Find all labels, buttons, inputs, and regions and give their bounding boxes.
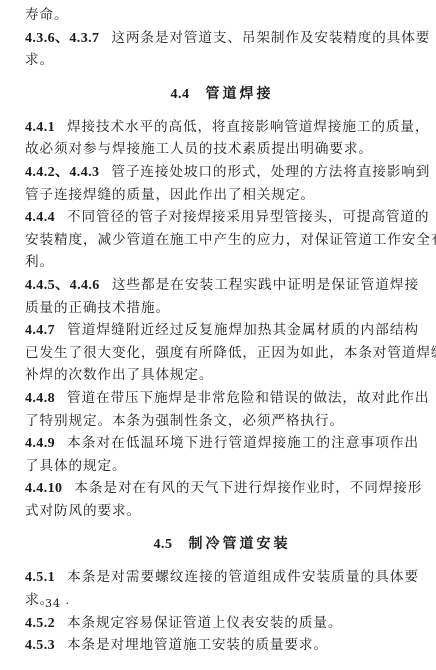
line-text: 求。 — [25, 52, 54, 68]
line-text: 管子连接处坡口的形式，处理的方法将直接影响到 — [111, 164, 430, 180]
clause-continuation: 管子连接焊缝的质量，因此作出了相关规定。 — [25, 184, 419, 207]
clause-number: 4.4.1 — [25, 120, 55, 135]
line-text: 了特别规定。本条为强制性条文，必须严格执行。 — [25, 413, 344, 429]
clause-number: 4.3.6、4.3.7 — [25, 31, 99, 46]
line-text: 本条对在低温环境下进行管道焊接施工的注意事项作出 — [67, 435, 419, 451]
clause-continuation: 了具体的规定。 — [25, 455, 419, 478]
line-text: 安装精度，减少管道在施工中产生的应力，对保证管道工作安全有 — [25, 232, 436, 248]
section-heading-4-5: 4.5制冷管道安装 — [25, 522, 419, 566]
clause-number: 4.5.3 — [25, 638, 55, 653]
clause-number: 4.4.9 — [25, 436, 55, 451]
section-heading-4-4: 4.4管道焊接 — [25, 72, 419, 116]
line-text: 式对防风的要求。 — [25, 503, 141, 519]
line-text: 本条是对埋地管道施工安装的质量要求。 — [67, 637, 328, 653]
line-text: 这两条是对管道支、吊架制作及安装精度的具体要 — [111, 30, 430, 46]
line-text: 焊接技术水平的高低，将直接影响管道焊接施工的质量， — [67, 119, 429, 135]
section-number: 4.5 — [154, 537, 173, 552]
clause-4-3-6-4-3-7: 4.3.6、4.3.7这两条是对管道支、吊架制作及安装精度的具体要 — [25, 27, 419, 50]
clause-4-4-9: 4.4.9本条对在低温环境下进行管道焊接施工的注意事项作出 — [25, 432, 419, 455]
line-text: 故必须对参与焊接施工人员的技术素质提出明确要求。 — [25, 141, 373, 157]
clause-number: 4.5.1 — [25, 570, 55, 585]
clause-4-4-8: 4.4.8管道在带压下施焊是非常危险和错误的做法，故对此作出 — [25, 387, 419, 410]
line-text: 质量的正确技术措施。 — [25, 300, 170, 316]
line-text: 本条是对需要螺纹连接的管道组成件安装质量的具体要 — [67, 569, 419, 585]
clause-continuation: 已发生了很大变化，强度有所降低，正因为如此，本条对管道焊缝 — [25, 342, 419, 365]
clause-continuation: 安装精度，减少管道在施工中产生的应力，对保证管道工作安全有 — [25, 229, 419, 252]
section-title: 制冷管道安装 — [189, 536, 291, 552]
clause-4-5-3: 4.5.3本条是对埋地管道施工安装的质量要求。 — [25, 634, 419, 657]
clause-continuation: 利。 — [25, 251, 419, 274]
clause-number: 4.4.7 — [25, 323, 55, 338]
clause-4-5-1: 4.5.1本条是对需要螺纹连接的管道组成件安装质量的具体要 — [25, 566, 419, 589]
clause-continuation: 故必须对参与焊接施工人员的技术素质提出明确要求。 — [25, 138, 419, 161]
line-text: 本条是对在有风的天气下进行焊接作业时，不同焊接形 — [74, 480, 422, 496]
section-number: 4.4 — [171, 87, 190, 102]
document-page: 寿命。 4.3.6、4.3.7这两条是对管道支、吊架制作及安装精度的具体要 求。… — [25, 4, 419, 657]
line-text: 不同管径的管子对接焊接采用异型管接头，可提高管道的 — [67, 209, 429, 225]
section-title: 管道焊接 — [206, 86, 274, 102]
line-text: 管子连接焊缝的质量，因此作出了相关规定。 — [25, 187, 315, 203]
line-text: 了具体的规定。 — [25, 458, 126, 474]
clause-4-4-10: 4.4.10本条是对在有风的天气下进行焊接作业时，不同焊接形 — [25, 477, 419, 500]
clause-continuation: 了特别规定。本条为强制性条文，必须严格执行。 — [25, 410, 419, 433]
clause-4-4-4: 4.4.4不同管径的管子对接焊接采用异型管接头，可提高管道的 — [25, 206, 419, 229]
line-text: 补焊的次数作出了具体规定。 — [25, 367, 213, 383]
clause-continuation: 补焊的次数作出了具体规定。 — [25, 364, 419, 387]
clause-number: 4.4.8 — [25, 391, 55, 406]
clause-continuation: 质量的正确技术措施。 — [25, 297, 419, 320]
clause-continuation: 求。 — [25, 589, 419, 612]
clause-4-4-1: 4.4.1焊接技术水平的高低，将直接影响管道焊接施工的质量， — [25, 116, 419, 139]
line-text: 管道在带压下施焊是非常危险和错误的做法，故对此作出 — [67, 390, 429, 406]
line-text: 管道焊缝附近经过反复施焊加热其金属材质的内部结构 — [67, 322, 419, 338]
page-number: · 34 · — [36, 597, 70, 610]
clause-number: 4.4.10 — [25, 481, 62, 496]
clause-4-4-5-4-4-6: 4.4.5、4.4.6这些都是在安装工程实践中证明是保证管道焊接 — [25, 274, 419, 297]
clause-number: 4.4.2、4.4.3 — [25, 165, 99, 180]
line-text: 本条规定容易保证管道上仪表安装的质量。 — [67, 615, 342, 631]
clause-number: 4.4.4 — [25, 210, 55, 225]
line-text: 寿命。 — [25, 7, 68, 23]
clause-number: 4.4.5、4.4.6 — [25, 278, 100, 293]
line-text: 已发生了很大变化，强度有所降低，正因为如此，本条对管道焊缝 — [25, 345, 436, 361]
paragraph-continuation: 寿命。 — [25, 4, 419, 27]
clause-continuation: 式对防风的要求。 — [25, 500, 419, 523]
clause-number: 4.5.2 — [25, 616, 55, 631]
line-text: 利。 — [25, 254, 54, 270]
clause-4-4-2-4-4-3: 4.4.2、4.4.3管子连接处坡口的形式，处理的方法将直接影响到 — [25, 161, 419, 184]
clause-continuation: 求。 — [25, 49, 419, 72]
clause-4-5-2: 4.5.2本条规定容易保证管道上仪表安装的质量。 — [25, 612, 419, 635]
clause-4-4-7: 4.4.7管道焊缝附近经过反复施焊加热其金属材质的内部结构 — [25, 319, 419, 342]
line-text: 这些都是在安装工程实践中证明是保证管道焊接 — [112, 277, 419, 293]
